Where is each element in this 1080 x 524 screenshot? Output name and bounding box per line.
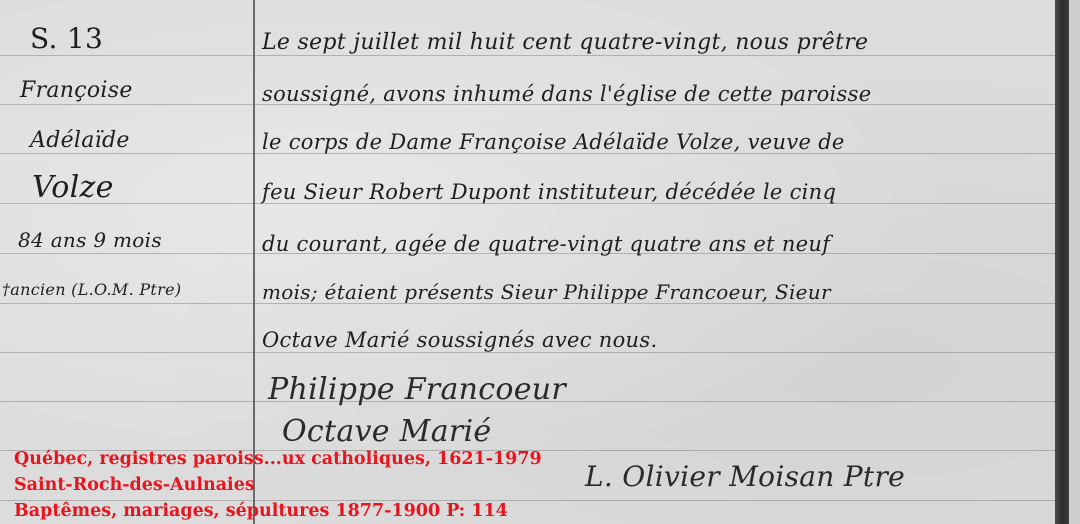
next-page-edge	[1069, 0, 1080, 524]
body-line-3: le corps de Dame Françoise Adélaïde Volz…	[262, 130, 845, 154]
body-line-2: soussigné, avons inhumé dans l'église de…	[262, 82, 871, 106]
signature-priest: L. Olivier Moisan Ptre	[585, 460, 905, 493]
source-caption: Québec, registres paroiss...ux catholiqu…	[14, 446, 542, 524]
signature-witness-2: Octave Marié	[282, 414, 491, 449]
entry-number: S. 13	[30, 22, 103, 55]
signature-witness-1: Philippe Francoeur	[268, 372, 566, 407]
caption-parish: Saint-Roch-des-Aulnaies	[14, 472, 542, 498]
margin-given-name-1: Françoise	[20, 78, 133, 103]
body-line-1: Le sept juillet mil huit cent quatre-vin…	[262, 30, 868, 55]
margin-note: †ancien (L.O.M. Ptre)	[2, 280, 181, 299]
body-line-4: feu Sieur Robert Dupont instituteur, déc…	[262, 180, 836, 204]
margin-surname: Volze	[32, 170, 114, 205]
ruled-line	[0, 352, 1080, 353]
ruled-line	[0, 55, 1080, 56]
margin-given-name-2: Adélaïde	[30, 128, 130, 153]
body-line-7: Octave Marié soussignés avec nous.	[262, 328, 657, 352]
page-binding	[1055, 0, 1069, 524]
body-line-5: du courant, agée de quatre-vingt quatre …	[262, 232, 830, 256]
caption-register-page: Baptêmes, mariages, sépultures 1877-1900…	[14, 498, 542, 524]
caption-collection: Québec, registres paroiss...ux catholiqu…	[14, 446, 542, 472]
body-line-6: mois; étaient présents Sieur Philippe Fr…	[262, 280, 831, 304]
margin-age: 84 ans 9 mois	[18, 228, 162, 252]
register-page-scan: S. 13 Françoise Adélaïde Volze 84 ans 9 …	[0, 0, 1080, 524]
